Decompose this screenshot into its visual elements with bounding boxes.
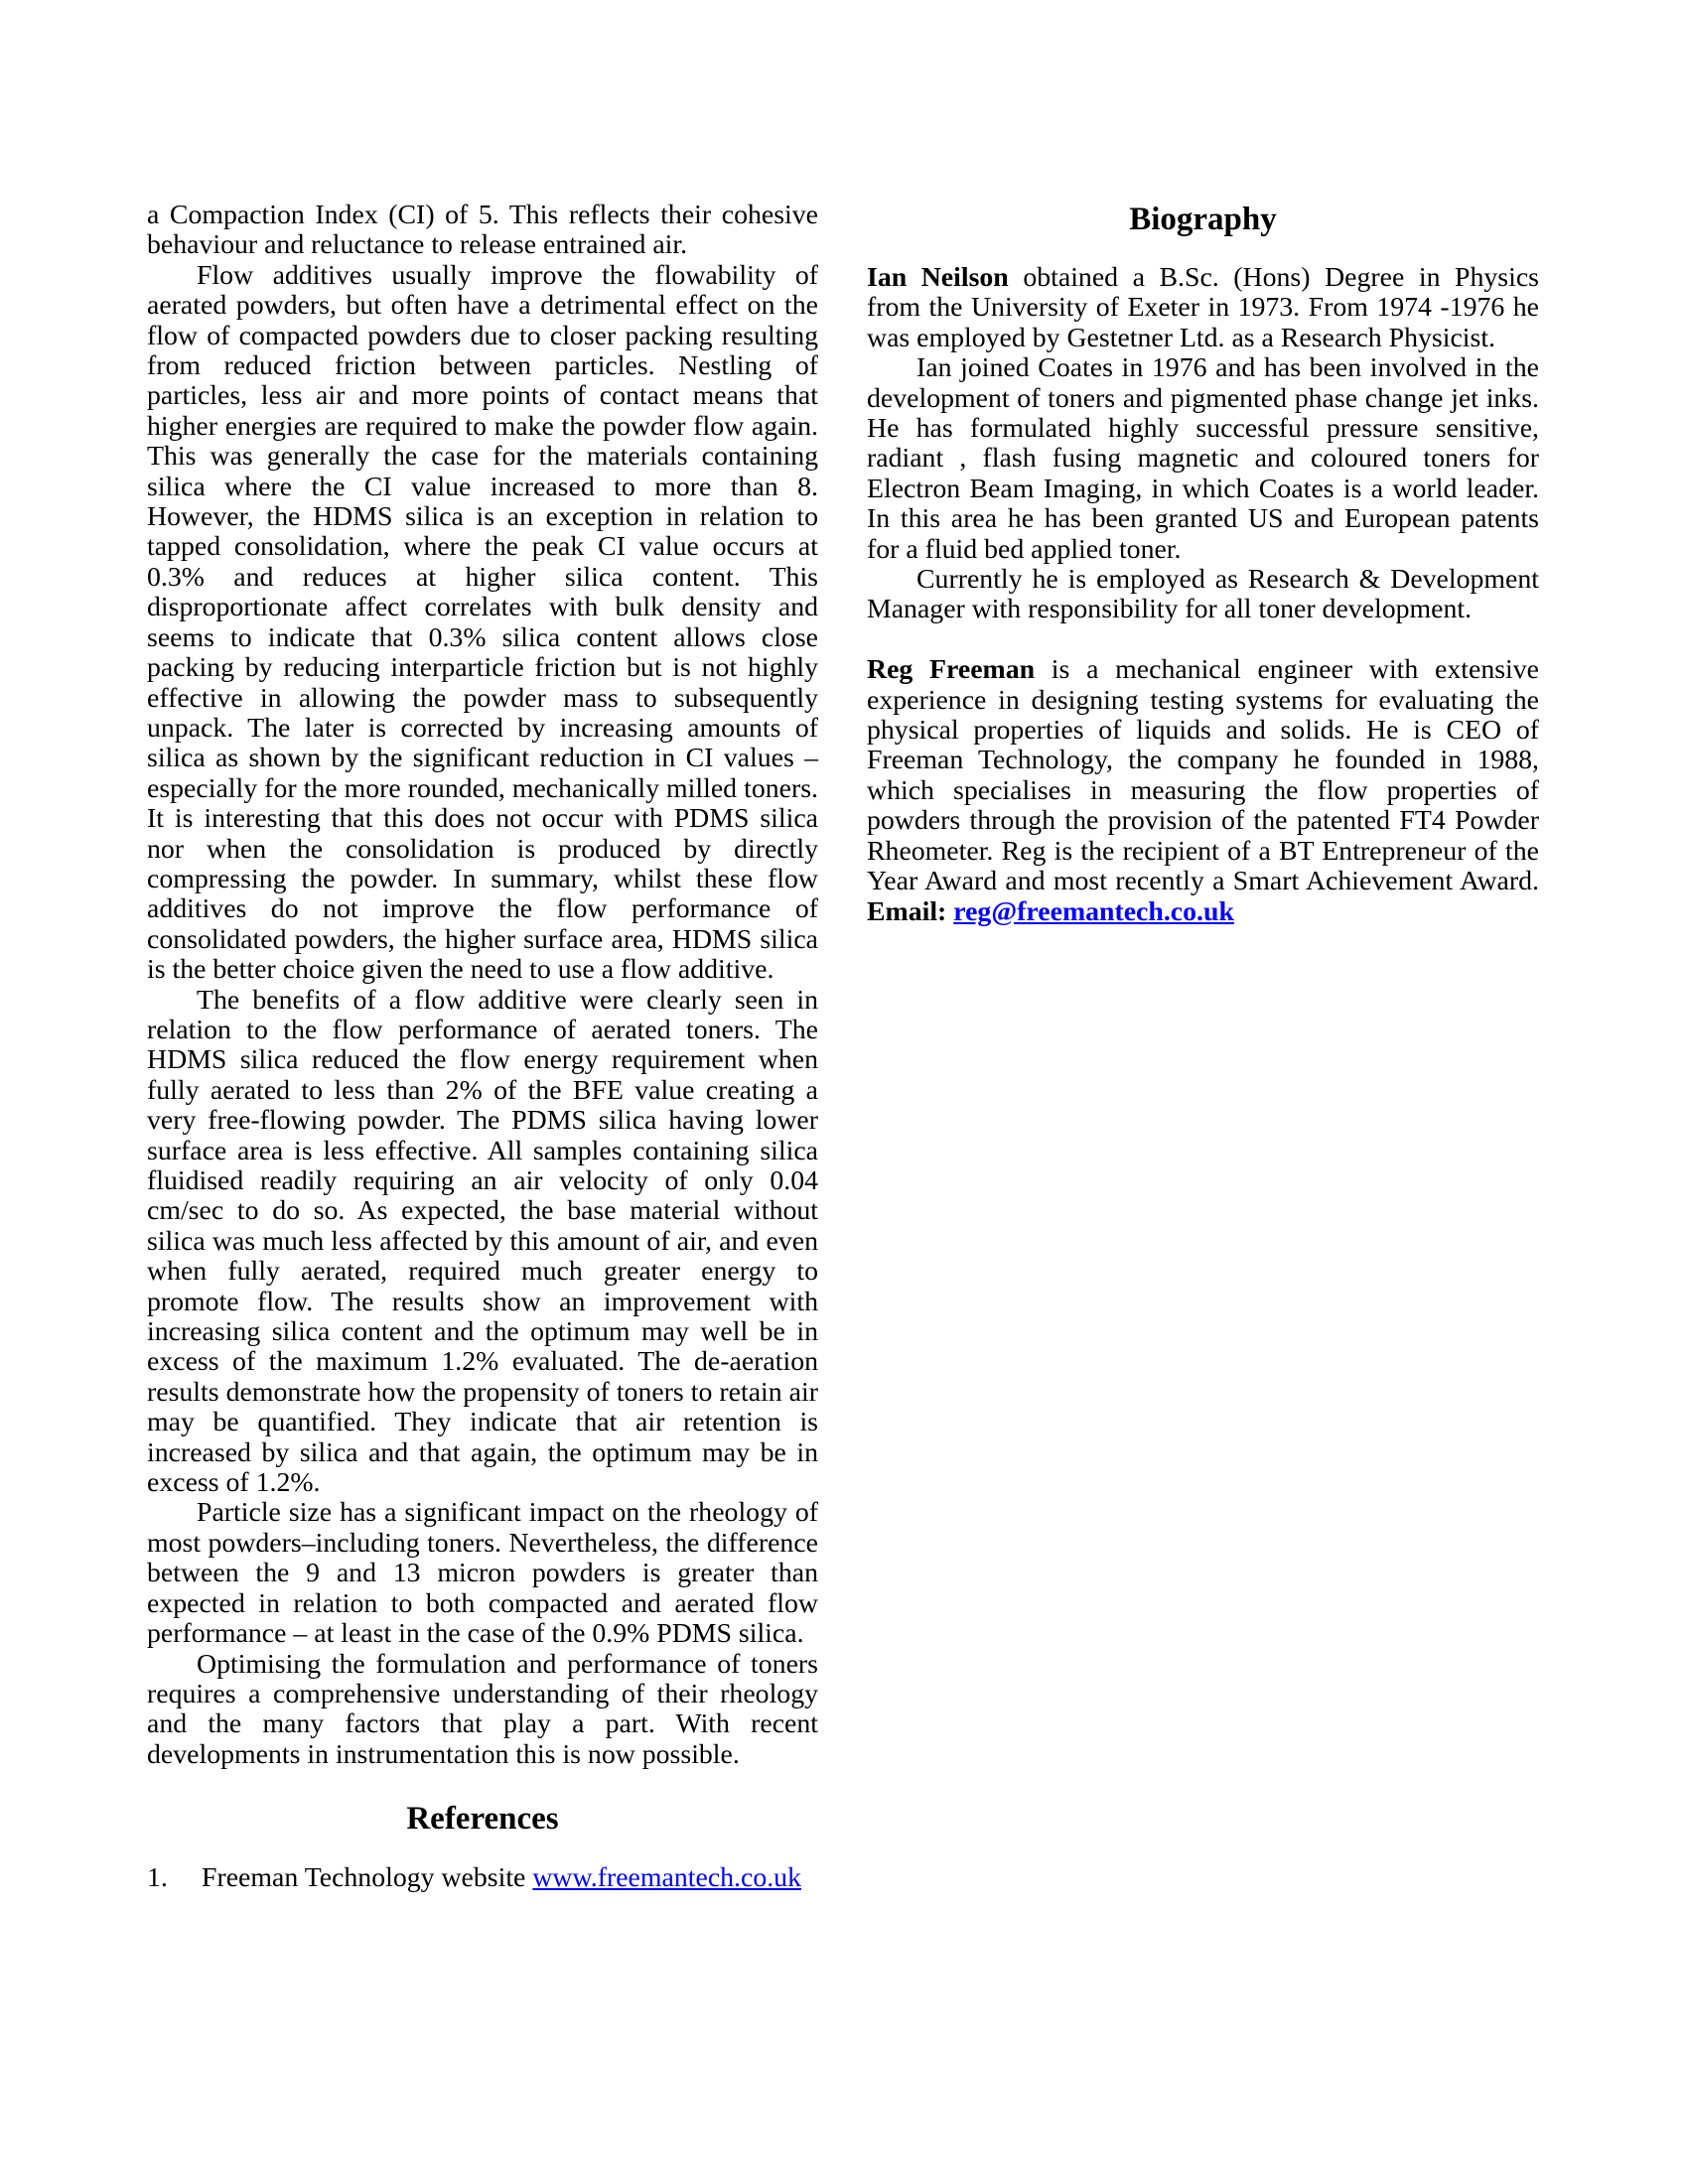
person-name-ian: Ian Neilson bbox=[867, 262, 1009, 293]
biography-heading: Biography bbox=[867, 201, 1539, 238]
freemantech-website-link[interactable]: www.freemantech.co.uk bbox=[532, 1862, 801, 1893]
paragraph-optimising-formulation: Optimising the formulation and performan… bbox=[147, 1650, 818, 1771]
paragraph-ian-intro: Ian Neilson obtained a B.Sc. (Hons) Degr… bbox=[867, 263, 1539, 353]
reg-bio-text: is a mechanical engineer with extensive … bbox=[867, 654, 1539, 896]
paragraph-flow-additives: Flow additives usually improve the flowa… bbox=[147, 261, 818, 986]
right-column: Biography Ian Neilson obtained a B.Sc. (… bbox=[867, 201, 1539, 927]
paragraph-reg-freeman: Reg Freeman is a mechanical engineer wit… bbox=[867, 655, 1539, 927]
left-column: a Compaction Index (CI) of 5. This refle… bbox=[147, 201, 818, 1894]
reference-number: 1. bbox=[147, 1863, 202, 1893]
paragraph-flow-additive-benefits: The benefits of a flow additive were cle… bbox=[147, 986, 818, 1499]
paragraph-compaction-index: a Compaction Index (CI) of 5. This refle… bbox=[147, 201, 818, 261]
document-page: a Compaction Index (CI) of 5. This refle… bbox=[0, 0, 1687, 2184]
reference-item: 1.Freeman Technology website www.freeman… bbox=[147, 1863, 818, 1893]
person-name-reg: Reg Freeman bbox=[867, 654, 1035, 685]
reference-text: Freeman Technology website bbox=[202, 1862, 532, 1893]
paragraph-ian-career: Ian joined Coates in 1976 and has been i… bbox=[867, 353, 1539, 565]
references-heading: References bbox=[147, 1800, 818, 1838]
email-label: Email: bbox=[867, 896, 953, 927]
paragraph-ian-current-role: Currently he is employed as Research & D… bbox=[867, 565, 1539, 625]
paragraph-particle-size: Particle size has a significant impact o… bbox=[147, 1498, 818, 1649]
email-link[interactable]: reg@freemantech.co.uk bbox=[953, 896, 1234, 927]
